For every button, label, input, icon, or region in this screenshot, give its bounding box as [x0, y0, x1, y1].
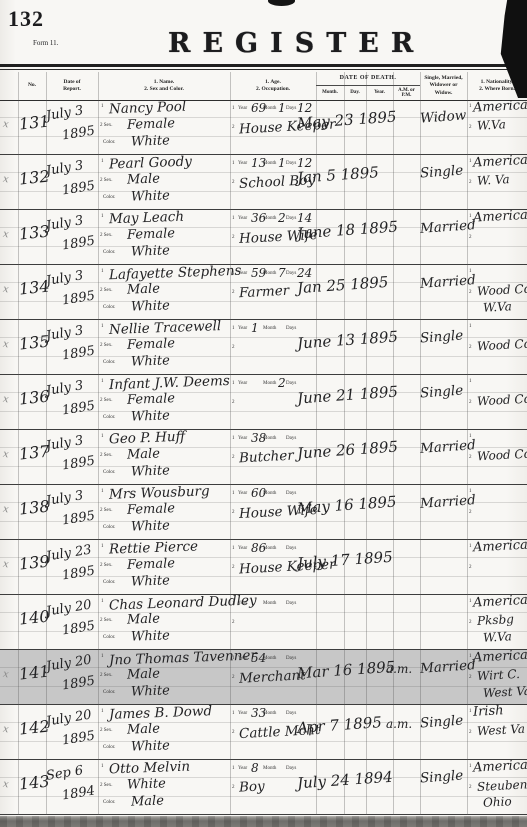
where-born-line1: Wood Co — [477, 282, 527, 299]
printed-label-1: 1 — [469, 269, 472, 274]
col-header-year: Year. — [366, 85, 393, 100]
report-date-line1: July 20 — [45, 598, 93, 620]
printed-label-month: Month — [263, 656, 276, 661]
printed-label-sex: 2 Sex. — [100, 343, 113, 348]
name-value: James B. Dowd — [109, 703, 213, 723]
printed-label-sex: 2 Sex. — [100, 618, 113, 623]
printed-label-2: 2 — [469, 675, 472, 680]
where-born-line1: W.Va — [477, 117, 506, 132]
printed-label-1: 1 — [232, 326, 235, 331]
report-date-line1: July 20 — [45, 653, 93, 675]
ampm-value: a.m. — [386, 717, 412, 731]
printed-label-color: Color. — [103, 745, 115, 750]
printed-label-1: 1 — [469, 379, 472, 384]
name-value: Infant J.W. Deems — [109, 373, 230, 393]
sex-value: Female — [127, 501, 175, 518]
marital-status-value: Single — [419, 383, 463, 402]
occupation-value: Butcher — [239, 448, 295, 467]
table-header: No. Date ofReport. 1. Name.2. Sex and Co… — [0, 72, 527, 101]
column-line — [18, 72, 19, 815]
printed-label-days: Days — [286, 766, 296, 771]
color-value: White — [131, 408, 170, 424]
printed-label-1: 1 — [232, 546, 235, 551]
printed-label-1: 1 — [232, 436, 235, 441]
col-header-no: No. — [18, 72, 46, 100]
name-value: Rettie Pierce — [109, 538, 199, 557]
margin-mark: x — [2, 119, 9, 131]
printed-label-1: 1 — [232, 711, 235, 716]
where-born-line2: Ohio — [483, 794, 512, 809]
col-header-nationality-line1: 1. Nationality. — [481, 79, 514, 86]
where-born-line1: Steubenville — [477, 776, 527, 794]
printed-label-month: Month — [263, 766, 276, 771]
printed-label-1: 1 — [232, 106, 235, 111]
printed-label-year: Year — [238, 491, 247, 496]
printed-label-1: 1 — [232, 381, 235, 386]
printed-label-days: Days — [286, 656, 296, 661]
printed-label-2: 2 — [232, 565, 235, 570]
color-value: White — [131, 518, 170, 534]
column-line — [393, 72, 394, 815]
printed-label-1: 1 — [101, 599, 104, 604]
register-page: 132 Form 11. REGISTER No. Date ofReport.… — [0, 0, 527, 827]
printed-label-2: 2 — [232, 125, 235, 130]
margin-mark: x — [2, 394, 9, 406]
report-date-line2: 1894 — [61, 784, 96, 804]
printed-label-year: Year — [238, 711, 247, 716]
register-row: x 137 July 3 1895 1 Geo P. Huff 2 Sex. M… — [0, 430, 527, 485]
register-row: x 135 July 3 1895 1 Nellie Tracewell 2 S… — [0, 320, 527, 375]
printed-label-1: 1 — [232, 601, 235, 606]
printed-label-sex: 2 Sex. — [100, 178, 113, 183]
col-header-name-line2: 2. Sex and Color. — [144, 86, 184, 93]
col-header-age-line2: 2. Occupation. — [256, 86, 290, 93]
column-line — [467, 72, 468, 815]
name-value: Lafayette Stephens — [109, 263, 242, 284]
printed-label-1: 1 — [101, 159, 104, 164]
column-line — [344, 72, 345, 815]
sex-value: Male — [127, 721, 160, 737]
color-value: White — [131, 298, 170, 314]
color-value: White — [131, 573, 170, 589]
report-date-line1: July 3 — [45, 323, 84, 344]
where-born-line2: W.Va — [483, 629, 512, 644]
printed-label-2: 2 — [469, 730, 472, 735]
printed-label-month: Month — [263, 711, 276, 716]
name-value: May Leach — [109, 209, 185, 228]
color-value: White — [131, 738, 170, 754]
printed-label-year: Year — [238, 326, 247, 331]
printed-label-2: 2 — [469, 510, 472, 515]
printed-label-color: Color. — [103, 360, 115, 365]
report-date-line2: 1895 — [61, 289, 96, 309]
scan-ink-blotch — [268, 0, 295, 6]
margin-mark: x — [2, 724, 9, 736]
printed-label-1: 1 — [101, 544, 104, 549]
printed-label-2: 2 — [232, 400, 235, 405]
death-date-value: June 21 1895 — [296, 382, 398, 407]
printed-label-1: 1 — [469, 599, 472, 604]
report-date-line1: July 20 — [45, 708, 93, 730]
where-born-line1: Wood Co — [477, 392, 527, 409]
col-header-report-line1: Date of — [64, 79, 81, 86]
scan-bottom-edge — [0, 816, 527, 827]
report-date-line2: 1895 — [61, 509, 96, 529]
register-row: x 132 July 3 1895 1 Pearl Goody 2 Sex. M… — [0, 155, 527, 210]
name-value: Geo P. Huff — [109, 429, 186, 448]
printed-label-1: 1 — [469, 434, 472, 439]
printed-label-month: Month — [263, 216, 276, 221]
printed-label-1: 1 — [101, 214, 104, 219]
color-value: White — [131, 243, 170, 259]
printed-label-color: Color. — [103, 305, 115, 310]
color-value: White — [131, 133, 170, 149]
death-date-value: Apr 7 1895 — [296, 713, 382, 737]
table-body: x 131 July 3 1895 1 Nancy Pool 2 Sex. Fe… — [0, 100, 527, 815]
printed-label-days: Days — [286, 711, 296, 716]
margin-mark: x — [2, 339, 9, 351]
report-date-line2: 1895 — [61, 124, 96, 144]
sex-value: Male — [127, 666, 160, 682]
printed-label-2: 2 — [469, 180, 472, 185]
sex-value: Male — [127, 611, 160, 627]
printed-label-color: Color. — [103, 635, 115, 640]
margin-mark: x — [2, 504, 9, 516]
sex-value: Female — [127, 226, 175, 243]
margin-mark: x — [2, 559, 9, 571]
printed-label-1: 1 — [101, 654, 104, 659]
sex-value: Male — [127, 171, 160, 187]
register-row: x 139 July 23 1895 1 Rettie Pierce 2 Sex… — [0, 540, 527, 595]
ampm-value: a.m. — [386, 662, 412, 676]
printed-label-month: Month — [263, 436, 276, 441]
col-header-day: Day. — [344, 85, 366, 100]
printed-label-2: 2 — [469, 620, 472, 625]
printed-label-1: 1 — [232, 161, 235, 166]
sex-value: Female — [127, 556, 175, 573]
death-date-value: June 13 1895 — [296, 327, 398, 352]
register-row: x 142 July 20 1895 1 James B. Dowd 2 Sex… — [0, 705, 527, 760]
report-date-line2: 1895 — [61, 454, 96, 474]
printed-label-2: 2 — [232, 620, 235, 625]
color-value: White — [131, 628, 170, 644]
printed-label-sex: 2 Sex. — [100, 233, 113, 238]
where-born-line1: Wood Co — [477, 337, 527, 354]
printed-label-2: 2 — [469, 565, 472, 570]
printed-label-color: Color. — [103, 690, 115, 695]
printed-label-2: 2 — [232, 290, 235, 295]
nationality-value: American — [473, 592, 527, 610]
sex-value: Female — [127, 336, 175, 353]
marital-status-value: Single — [419, 163, 463, 182]
printed-label-1: 1 — [469, 709, 472, 714]
printed-label-year: Year — [238, 436, 247, 441]
nationality-value: American — [473, 97, 527, 115]
margin-mark: x — [2, 229, 9, 241]
printed-label-2: 2 — [232, 235, 235, 240]
color-value: White — [131, 188, 170, 204]
nationality-value: American — [473, 207, 527, 225]
age-years-value: 1 — [251, 321, 259, 335]
color-value: Male — [131, 793, 164, 809]
printed-label-sex: 2 Sex. — [100, 453, 113, 458]
printed-label-sex: 2 Sex. — [100, 123, 113, 128]
col-header-name-sex-color: 1. Name.2. Sex and Color. — [98, 72, 230, 100]
col-header-age-occupation: 1. Age.2. Occupation. — [230, 72, 316, 100]
report-date-line2: 1895 — [61, 344, 96, 364]
printed-label-days: Days — [286, 326, 296, 331]
printed-label-1: 1 — [469, 159, 472, 164]
printed-label-year: Year — [238, 601, 247, 606]
printed-label-days: Days — [286, 381, 296, 386]
sex-value: Female — [127, 116, 175, 133]
name-value: Otto Melvin — [109, 759, 191, 778]
column-line — [316, 72, 317, 815]
printed-label-color: Color. — [103, 195, 115, 200]
printed-label-month: Month — [263, 326, 276, 331]
printed-label-2: 2 — [232, 455, 235, 460]
death-date-value: June 26 1895 — [296, 437, 398, 462]
occupation-value: Farmer — [239, 283, 290, 302]
col-header-month: Month. — [316, 85, 344, 100]
printed-label-month: Month — [263, 161, 276, 166]
col-header-age-line1: 1. Age. — [265, 79, 281, 86]
printed-label-days: Days — [286, 161, 296, 166]
printed-label-days: Days — [286, 106, 296, 111]
printed-label-days: Days — [286, 546, 296, 551]
report-date-line2: 1895 — [61, 619, 96, 639]
register-row: x 143 Sep 6 1894 1 Otto Melvin 2 Sex. Wh… — [0, 760, 527, 815]
printed-label-1: 1 — [469, 654, 472, 659]
printed-label-sex: 2 Sex. — [100, 783, 113, 788]
margin-mark: x — [2, 174, 9, 186]
report-date-line1: July 3 — [45, 103, 84, 124]
printed-label-days: Days — [286, 436, 296, 441]
column-line — [366, 72, 367, 815]
printed-label-sex: 2 Sex. — [100, 563, 113, 568]
column-line — [98, 72, 99, 815]
printed-label-2: 2 — [469, 345, 472, 350]
printed-label-1: 1 — [469, 764, 472, 769]
col-header-marital-line1: Single, Married, — [424, 75, 462, 82]
printed-label-year: Year — [238, 546, 247, 551]
register-row: 140 July 20 1895 1 Chas Leonard Dudley 2… — [0, 595, 527, 650]
printed-label-2: 2 — [232, 180, 235, 185]
printed-label-2: 2 — [469, 400, 472, 405]
printed-label-2: 2 — [469, 235, 472, 240]
sex-value: Female — [127, 391, 175, 408]
where-born-line1: Wood Co — [477, 447, 527, 464]
color-value: White — [131, 683, 170, 699]
death-date-value: Mar 16 1895 — [296, 658, 395, 683]
divider — [0, 69, 527, 70]
printed-label-1: 1 — [232, 656, 235, 661]
marital-status-value: Widow — [419, 107, 466, 126]
column-line — [230, 72, 231, 815]
age-months-value: 1 — [278, 156, 286, 170]
printed-label-2: 2 — [469, 455, 472, 460]
printed-label-color: Color. — [103, 470, 115, 475]
name-value: Mrs Wousburg — [109, 483, 210, 503]
printed-label-year: Year — [238, 381, 247, 386]
margin-mark: x — [2, 779, 9, 791]
printed-label-2: 2 — [232, 785, 235, 790]
register-row: x 141 July 20 1895 1 Jno Thomas Tavenner… — [0, 650, 527, 705]
margin-mark: x — [2, 284, 9, 296]
margin-mark: x — [2, 449, 9, 461]
divider — [0, 64, 527, 67]
report-date-line2: 1895 — [61, 399, 96, 419]
col-header-report-line2: Report. — [63, 86, 81, 93]
report-date-line1: July 3 — [45, 378, 84, 399]
report-date-line1: July 3 — [45, 213, 84, 234]
printed-label-days: Days — [286, 601, 296, 606]
printed-label-1: 1 — [101, 379, 104, 384]
printed-label-month: Month — [263, 271, 276, 276]
report-date-line1: July 3 — [45, 158, 84, 179]
printed-label-1: 1 — [469, 324, 472, 329]
register-row: x 131 July 3 1895 1 Nancy Pool 2 Sex. Fe… — [0, 100, 527, 155]
printed-label-1: 1 — [101, 709, 104, 714]
nationality-value: America — [473, 538, 527, 556]
printed-label-month: Month — [263, 106, 276, 111]
printed-label-1: 1 — [232, 271, 235, 276]
printed-label-1: 1 — [232, 766, 235, 771]
printed-label-1: 1 — [101, 269, 104, 274]
where-born-line2: West Va — [483, 684, 527, 700]
register-row: x 133 July 3 1895 1 May Leach 2 Sex. Fem… — [0, 210, 527, 265]
nationality-value: Irish — [473, 703, 504, 720]
occupation-value: Boy — [239, 778, 265, 795]
printed-label-color: Color. — [103, 580, 115, 585]
column-line — [46, 72, 47, 815]
where-born-line2: W.Va — [483, 299, 512, 314]
col-header-no-label: No. — [28, 82, 36, 89]
report-date-line2: 1895 — [61, 674, 96, 694]
printed-label-month: Month — [263, 601, 276, 606]
report-date-line2: 1895 — [61, 729, 96, 749]
report-date-line1: July 3 — [45, 433, 84, 454]
report-date-line1: July 3 — [45, 268, 84, 289]
name-value: Nellie Tracewell — [109, 318, 222, 338]
report-date-line1: July 3 — [45, 488, 84, 509]
sex-value: Male — [127, 446, 160, 462]
age-months-value: 2 — [278, 376, 286, 390]
report-date-line2: 1895 — [61, 564, 96, 584]
report-date-line2: 1895 — [61, 234, 96, 254]
printed-label-color: Color. — [103, 250, 115, 255]
col-header-nationality-line2: 2. Where Born. — [479, 86, 515, 93]
where-born-line1: W. Va — [477, 172, 510, 188]
printed-label-sex: 2 Sex. — [100, 728, 113, 733]
col-header-date-of-death: DATE OF DEATH. — [316, 75, 420, 81]
printed-label-color: Color. — [103, 525, 115, 530]
printed-label-sex: 2 Sex. — [100, 398, 113, 403]
printed-label-1: 1 — [469, 489, 472, 494]
printed-label-year: Year — [238, 106, 247, 111]
printed-label-color: Color. — [103, 140, 115, 145]
sex-value: White — [127, 776, 166, 792]
printed-label-month: Month — [263, 546, 276, 551]
age-months-value: 2 — [278, 211, 286, 225]
age-months-value: 1 — [278, 101, 286, 115]
report-date-line2: 1895 — [61, 179, 96, 199]
nationality-value: American — [473, 757, 527, 775]
nationality-value: American — [473, 647, 527, 665]
report-date-line1: Sep 6 — [45, 763, 84, 784]
form-label: Form 11. — [33, 39, 58, 47]
where-born-line1: West Va — [477, 722, 526, 738]
col-header-date-of-report: Date ofReport. — [46, 72, 98, 100]
printed-label-2: 2 — [469, 785, 472, 790]
printed-label-1: 1 — [101, 489, 104, 494]
age-years-value: 8 — [251, 761, 259, 775]
printed-label-color: Color. — [103, 800, 115, 805]
marital-status-value: Single — [419, 328, 463, 347]
col-header-ampm: A.M. or P.M. — [393, 85, 420, 100]
printed-label-1: 1 — [469, 214, 472, 219]
printed-label-1: 1 — [101, 324, 104, 329]
printed-label-1: 1 — [232, 491, 235, 496]
register-row: x 134 July 3 1895 1 Lafayette Stephens 2… — [0, 265, 527, 320]
printed-label-days: Days — [286, 216, 296, 221]
where-born-line1: Wirt C. — [477, 667, 521, 683]
marital-status-value: Single — [419, 768, 463, 787]
color-value: White — [131, 463, 170, 479]
where-born-line1: Pksbg — [477, 612, 515, 628]
printed-label-sex: 2 Sex. — [100, 288, 113, 293]
printed-label-2: 2 — [469, 290, 472, 295]
register-row: x 138 July 3 1895 1 Mrs Wousburg 2 Sex. … — [0, 485, 527, 540]
printed-label-month: Month — [263, 491, 276, 496]
page-title: REGISTER — [168, 28, 425, 59]
death-date-value: May 16 1895 — [296, 493, 397, 518]
margin-mark: x — [2, 669, 9, 681]
col-header-marital: Single, Married,Widower or Widow. — [420, 72, 467, 100]
printed-label-1: 1 — [232, 216, 235, 221]
printed-label-days: Days — [286, 491, 296, 496]
color-value: White — [131, 353, 170, 369]
printed-label-2: 2 — [469, 125, 472, 130]
printed-label-1: 1 — [469, 104, 472, 109]
printed-label-1: 1 — [101, 764, 104, 769]
printed-label-2: 2 — [232, 730, 235, 735]
name-value: Pearl Goody — [109, 154, 192, 173]
printed-label-year: Year — [238, 656, 247, 661]
printed-label-2: 2 — [232, 675, 235, 680]
printed-label-year: Year — [238, 216, 247, 221]
printed-label-2: 2 — [232, 510, 235, 515]
sex-value: Male — [127, 281, 160, 297]
nationality-value: American — [473, 152, 527, 170]
printed-label-sex: 2 Sex. — [100, 673, 113, 678]
column-line — [420, 72, 421, 815]
age-months-value: 7 — [278, 266, 286, 280]
printed-label-sex: 2 Sex. — [100, 508, 113, 513]
col-header-name-line1: 1. Name. — [154, 79, 175, 86]
printed-label-1: 1 — [101, 434, 104, 439]
printed-label-color: Color. — [103, 415, 115, 420]
report-date-line1: July 23 — [45, 543, 93, 565]
printed-label-year: Year — [238, 766, 247, 771]
name-value: Nancy Pool — [109, 99, 187, 118]
printed-label-month: Month — [263, 381, 276, 386]
marital-status-value: Single — [419, 713, 463, 732]
page-number: 132 — [8, 6, 44, 32]
printed-label-1: 1 — [469, 544, 472, 549]
col-header-marital-line2: Widower or Widow. — [420, 82, 467, 97]
printed-label-days: Days — [286, 271, 296, 276]
